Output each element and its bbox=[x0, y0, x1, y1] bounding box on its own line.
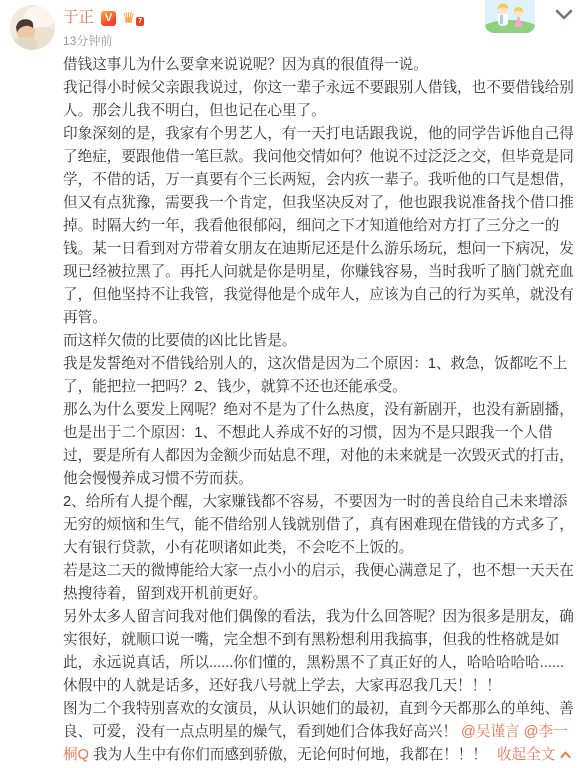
post-paragraph: 休假中的人就是话多，还好我八号就上学去，大家再忍我几天！！！ bbox=[63, 675, 575, 698]
post-paragraph: 借钱这事儿为什么要拿来说说呢？因为真的很值得一说。 bbox=[63, 54, 575, 77]
avatar-photo bbox=[10, 5, 55, 50]
vip-level-badge: 7 bbox=[136, 17, 144, 26]
author-row: 于正 V ♛ 7 bbox=[63, 8, 142, 28]
post-final-tail: 我为人生中有你们而感到骄傲，无论何时何地，我都在！！！ bbox=[93, 747, 487, 763]
weibo-post: 于正 V ♛ 7 13分钟前 借钱这事儿为什么要拿来说说呢？因为真的很值得一说。… bbox=[0, 0, 583, 768]
chevron-down-icon[interactable] bbox=[555, 8, 575, 22]
post-body: 借钱这事儿为什么要拿来说说呢？因为真的很值得一说。 我记得小时候父亲跟我说过，你… bbox=[63, 54, 575, 767]
post-paragraph: 而这样欠债的比要债的凶比比皆是。 bbox=[63, 330, 575, 353]
vip-crown-icon: ♛ 7 bbox=[122, 10, 142, 26]
post-timestamp: 13分钟前 bbox=[63, 32, 112, 49]
post-paragraph: 那么为什么要发上网呢？绝对不是为了什么热度，没有新剧开，也没有新剧播，也是出于二… bbox=[63, 399, 575, 491]
verified-icon: V bbox=[101, 11, 116, 26]
avatar[interactable] bbox=[10, 5, 55, 50]
post-paragraph: 若是这二天的微博能给大家一点小小的启示，我便心满意足了，也不想一天天在热搜待着，… bbox=[63, 560, 575, 606]
post-paragraph: 印象深刻的是，我家有个男艺人，有一天打电话跟我说，他的同学告诉他自己得了绝症，要… bbox=[63, 123, 575, 330]
mention-link-wujinyan[interactable]: @吴谨言 bbox=[461, 724, 520, 740]
promo-badge[interactable] bbox=[485, 0, 535, 33]
post-paragraph: 2、给所有人提个醒，大家赚钱都不容易，不要因为一时的善良给自己未来增添无穷的烦恼… bbox=[63, 491, 575, 560]
post-paragraph: 我记得小时候父亲跟我说过，你这一辈子永远不要跟别人借钱，也不要借钱给别人。那会儿… bbox=[63, 77, 575, 123]
post-paragraph: 另外太多人留言问我对他们偶像的看法，我为什么回答呢？因为很多是朋友，确实很好，就… bbox=[63, 606, 575, 675]
post-paragraph: 我是发誓绝对不借钱给别人的，这次借是因为二个原因：1、救急，饭都吃不上了，能把拉… bbox=[63, 353, 575, 399]
collapse-full-text-link[interactable]: 收起全文 bbox=[497, 747, 555, 763]
promo-illustration bbox=[485, 0, 535, 33]
post-final-paragraph: 图为二个我特别喜欢的女演员，从认识她们的最初，直到今天都那么的单纯、善良、可爱，… bbox=[63, 698, 575, 767]
author-name[interactable]: 于正 bbox=[63, 8, 94, 28]
chevron-up-icon[interactable] bbox=[560, 744, 571, 767]
